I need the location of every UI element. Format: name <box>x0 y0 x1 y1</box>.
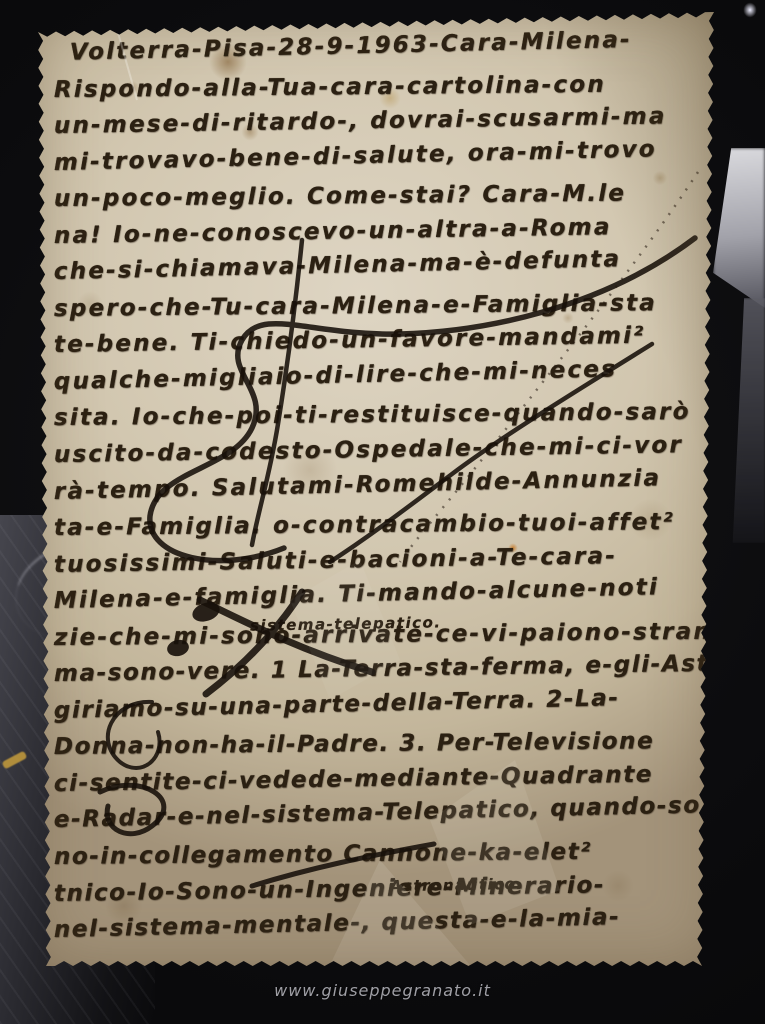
corner-glare <box>741 0 759 20</box>
background-light-object <box>713 148 765 308</box>
watermark: www.giuseppegranato.it <box>0 981 765 1000</box>
letter-text: Volterra-Pisa-28-9-1963-Cara-Milena- Ris… <box>54 40 718 954</box>
letter-insert-telepatico: sistema-telepatico. <box>250 613 442 634</box>
letter-line: Volterra-Pisa-28-9-1963-Cara-Milena- <box>54 25 719 77</box>
photo-background: Volterra-Pisa-28-9-1963-Cara-Milena- Ris… <box>0 0 765 1024</box>
background-light-object-lower <box>727 298 765 543</box>
letter-insert-astronautico: Astronautico. <box>390 875 524 895</box>
postcard: Volterra-Pisa-28-9-1963-Cara-Milena- Ris… <box>28 4 724 974</box>
